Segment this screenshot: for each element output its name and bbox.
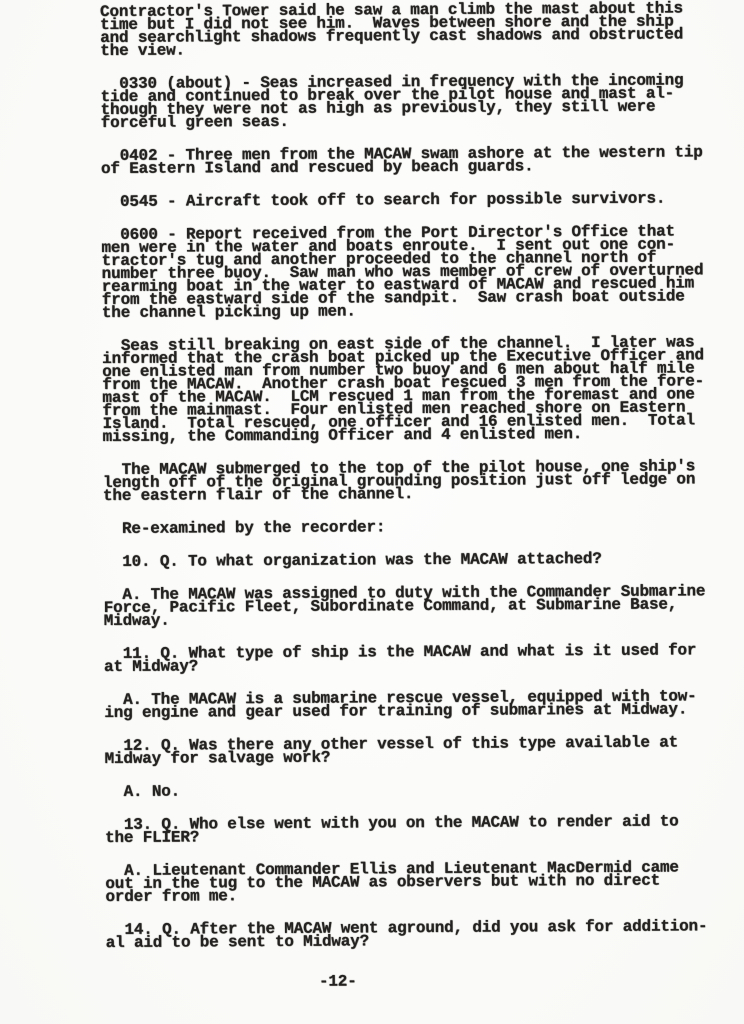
paragraph-reexamined-heading: Re-examined by the recorder:: [103, 519, 733, 536]
paragraph-answer-13: A. Lieutenant Commander Ellis and Lieute…: [105, 861, 735, 904]
paragraph-log-0330: 0330 (about) - Seas increased in frequen…: [100, 74, 730, 130]
page-number: -12-: [106, 973, 736, 990]
paragraph-question-10: 10. Q. To what organization was the MACA…: [103, 552, 733, 569]
paragraph-answer-10: A. The MACAW was assigned to duty with t…: [104, 585, 734, 628]
paragraph-log-0545: 0545 - Aircraft took off to search for p…: [101, 192, 731, 209]
document-page: Contractor's Tower said he saw a man cli…: [0, 0, 744, 1024]
paragraph-question-13: 13. Q. Who else went with you on the MAC…: [105, 815, 735, 845]
paragraph-question-14: 14. Q. After the MACAW went aground, did…: [106, 920, 736, 950]
paragraph-question-11: 11. Q. What type of ship is the MACAW an…: [104, 644, 734, 674]
paragraph-log-0402: 0402 - Three men from the MACAW swam ash…: [101, 146, 731, 176]
paragraph-log-0600: 0600 - Report received from the Port Dir…: [101, 225, 732, 320]
paragraph-answer-11: A. The MACAW is a submarine rescue vesse…: [104, 690, 734, 720]
paragraph-seas-breaking: Seas still breaking on east side of the …: [102, 336, 733, 444]
paragraph-continuation: Contractor's Tower said he saw a man cli…: [100, 2, 730, 58]
paragraph-answer-12: A. No.: [105, 782, 735, 799]
paragraph-question-12: 12. Q. Was there any other vessel of thi…: [104, 736, 734, 766]
paragraph-macaw-submerged: The MACAW submerged to the top of the pi…: [103, 460, 733, 503]
document-text-block: Contractor's Tower said he saw a man cli…: [100, 2, 736, 990]
